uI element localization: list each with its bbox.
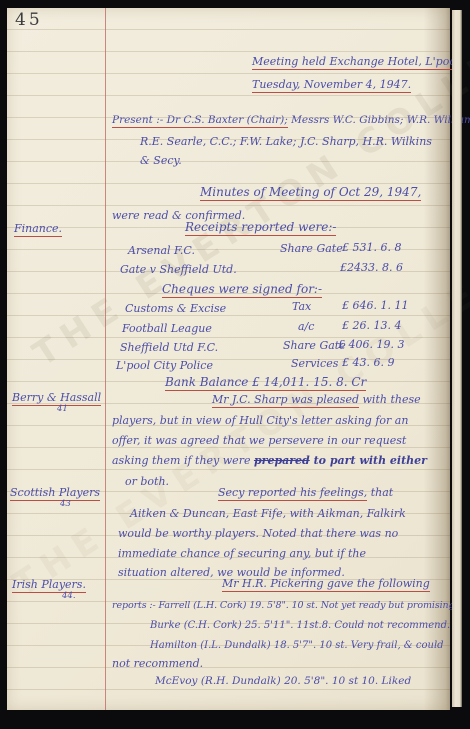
cheque-row-name: L'pool City Police [116, 358, 213, 373]
margin-label-irish-players: Irish Players. [12, 577, 86, 592]
margin-note: 43 [60, 499, 71, 509]
margin-note: 44. [62, 591, 76, 601]
scottish-players-line2: Aitken & Duncan, East Fife, with Aikman,… [130, 506, 406, 521]
photo-of-minute-book: THE EVERTON COLLECTION THE EVERTON COLLE… [0, 0, 470, 729]
berry-hassall-line1: Mr J.C. Sharp was pleased with these [212, 392, 421, 407]
cheque-row-name: Customs & Excise [125, 301, 226, 316]
irish-players-line1: Mr H.R. Pickering gave the following [222, 576, 430, 591]
bank-balance: Bank Balance £ 14,011. 15. 8. Cr [165, 375, 366, 390]
minutes-heading: Minutes of Meeting of Oct 29, 1947, [200, 185, 421, 200]
ledger-page: THE EVERTON COLLECTION THE EVERTON COLLE… [7, 8, 450, 710]
receipt-row-name: Gate v Sheffield Utd. [120, 262, 237, 277]
red-margin-rule [105, 8, 106, 710]
receipt-row-amount: £2433. 8. 6 [340, 260, 403, 275]
scottish-players-line1: Secy reported his feelings, that [218, 485, 393, 500]
cheque-row-amount: £ 26. 13. 4 [342, 318, 401, 333]
cheques-heading: Cheques were signed for:- [162, 282, 322, 297]
page-number: 45 [15, 10, 43, 30]
receipt-row-amount: £ 531. 6. 8 [342, 240, 401, 255]
berry-hassall-line4: asking them if they were prepared to par… [112, 453, 427, 468]
berry-hassall-line2: players, but in view of Hull City's lett… [112, 413, 408, 428]
cheque-row-desc: Share Gate [283, 338, 346, 353]
irish-players-report-mcevoy: McEvoy (R.H. Dundalk) 20. 5'8". 10 st 10… [155, 674, 411, 689]
irish-players-report-hamilton: Hamilton (I.L. Dundalk) 18. 5'7". 10 st.… [150, 638, 444, 653]
meeting-header-line1: Meeting held Exchange Hotel, L'pool [252, 54, 459, 69]
cheque-row-desc: Services [291, 356, 338, 371]
receipt-row-desc: Share Gate [280, 241, 343, 256]
cheque-row-desc: a/c [298, 319, 314, 334]
cheque-row-amount: £ 406. 19. 3 [338, 337, 404, 352]
struck-word: prepared [254, 454, 310, 467]
berry-hassall-line3: offer, it was agreed that we persevere i… [112, 433, 406, 448]
receipts-heading: Receipts reported were:- [185, 220, 336, 235]
present-line3: & Secy. [140, 153, 182, 168]
scottish-players-line4: immediate chance of securing any, but if… [118, 546, 366, 561]
margin-label-finance: Finance. [14, 221, 62, 236]
irish-players-report-farrell: reports :- Farrell (L.H. Cork) 19. 5'8".… [112, 598, 455, 613]
next-page-edge [452, 10, 462, 707]
irish-players-report-hamilton-cont: not recommend. [112, 656, 203, 671]
receipt-row-name: Arsenal F.C. [128, 243, 195, 258]
cheque-row-amount: £ 646. 1. 11 [342, 298, 408, 313]
berry-hassall-line5: or both. [125, 474, 169, 489]
present-line1: Present :- Dr C.S. Baxter (Chair); Messr… [112, 113, 470, 128]
margin-label-berry-hassall: Berry & Hassall [12, 390, 101, 405]
cheque-row-desc: Tax [292, 299, 311, 314]
present-line2: R.E. Searle, C.C.; F.W. Lake; J.C. Sharp… [140, 134, 432, 149]
cheque-row-name: Football League [122, 321, 212, 336]
scottish-players-line3: would be worthy players. Noted that ther… [118, 526, 398, 541]
cheque-row-name: Sheffield Utd F.C. [120, 340, 218, 355]
margin-label-scottish-players: Scottish Players [10, 485, 100, 500]
margin-note: 41 [57, 404, 68, 414]
meeting-header-line2: Tuesday, November 4, 1947. [252, 77, 411, 92]
irish-players-report-burke: Burke (C.H. Cork) 25. 5'11". 11st.8. Cou… [150, 618, 450, 633]
cheque-row-amount: £ 43. 6. 9 [342, 355, 394, 370]
